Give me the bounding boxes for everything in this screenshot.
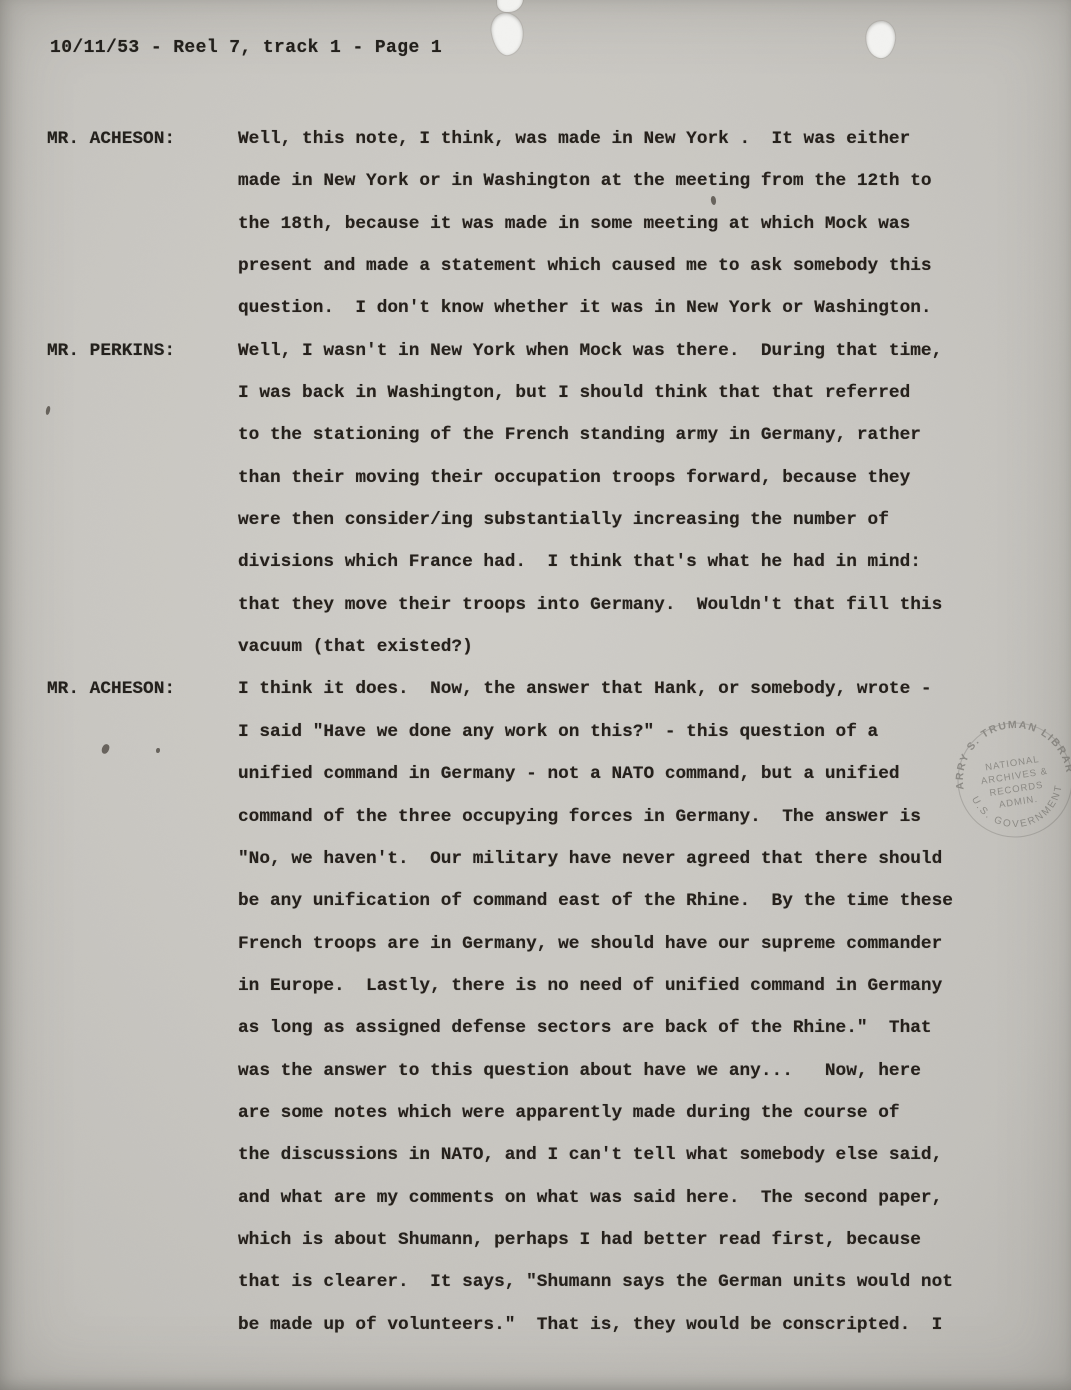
transcript-line: are some notes which were apparently mad…: [238, 1092, 1051, 1134]
truman-library-stamp-icon: HARRY S. TRUMAN LIBRARY U.S. GOVERNMENT …: [928, 693, 1071, 867]
document-page: 10/11/53 - Reel 7, track 1 - Page 1 MR. …: [0, 0, 1071, 1390]
transcript-line: made in New York or in Washington at the…: [238, 160, 1051, 202]
transcript-line: divisions which France had. I think that…: [238, 541, 1051, 583]
transcript-line: Well, I wasn't in New York when Mock was…: [238, 330, 1051, 372]
punch-hole-torn-icon: [497, 0, 523, 12]
transcript-line: be made up of volunteers." That is, they…: [238, 1304, 1051, 1346]
transcript-line: "No, we haven't. Our military have never…: [238, 838, 1051, 880]
transcript-line: command of the three occupying forces in…: [238, 796, 1051, 838]
speech-lines: Well, this note, I think, was made in Ne…: [238, 118, 1051, 330]
speech-block: MR. ACHESON: I think it does. Now, the a…: [47, 668, 1051, 1346]
speech-lines: Well, I wasn't in New York when Mock was…: [238, 330, 1051, 669]
page-header: 10/11/53 - Reel 7, track 1 - Page 1: [50, 38, 442, 58]
transcript-line: was the answer to this question about ha…: [238, 1050, 1051, 1092]
transcript-line: I was back in Washington, but I should t…: [238, 372, 1051, 414]
transcript-line: French troops are in Germany, we should …: [238, 923, 1051, 965]
transcript-line: present and made a statement which cause…: [238, 245, 1051, 287]
transcript-line: unified command in Germany - not a NATO …: [238, 753, 1051, 795]
transcript-line: Well, this note, I think, was made in Ne…: [238, 118, 1051, 160]
transcript-line: vacuum (that existed?): [238, 626, 1051, 668]
speaker-label: MR. ACHESON:: [47, 118, 238, 160]
transcript-line: question. I don't know whether it was in…: [238, 287, 1051, 329]
transcript-line: to the stationing of the French standing…: [238, 414, 1051, 456]
speech-lines: I think it does. Now, the answer that Ha…: [238, 668, 1051, 1346]
punch-hole-icon: [489, 11, 526, 57]
transcript-line: be any unification of command east of th…: [238, 880, 1051, 922]
speech-block: MR. PERKINS: Well, I wasn't in New York …: [47, 330, 1051, 669]
transcript-line: I think it does. Now, the answer that Ha…: [238, 668, 1051, 710]
transcript-line: that is clearer. It says, "Shumann says …: [238, 1261, 1051, 1303]
transcript-line: that they move their troops into Germany…: [238, 584, 1051, 626]
transcript-line: than their moving their occupation troop…: [238, 457, 1051, 499]
transcript-line: the 18th, because it was made in some me…: [238, 203, 1051, 245]
speech-block: MR. ACHESON: Well, this note, I think, w…: [47, 118, 1051, 330]
speaker-label: MR. ACHESON:: [47, 668, 238, 710]
punch-hole-icon: [864, 20, 897, 60]
transcript-line: in Europe. Lastly, there is no need of u…: [238, 965, 1051, 1007]
speaker-label: MR. PERKINS:: [47, 330, 238, 372]
transcript-line: as long as assigned defense sectors are …: [238, 1007, 1051, 1049]
transcript-line: were then consider/ing substantially inc…: [238, 499, 1051, 541]
transcript-line: the discussions in NATO, and I can't tel…: [238, 1134, 1051, 1176]
transcript-line: and what are my comments on what was sai…: [238, 1177, 1051, 1219]
transcript-line: which is about Shumann, perhaps I had be…: [238, 1219, 1051, 1261]
transcript: MR. ACHESON: Well, this note, I think, w…: [47, 118, 1051, 1346]
